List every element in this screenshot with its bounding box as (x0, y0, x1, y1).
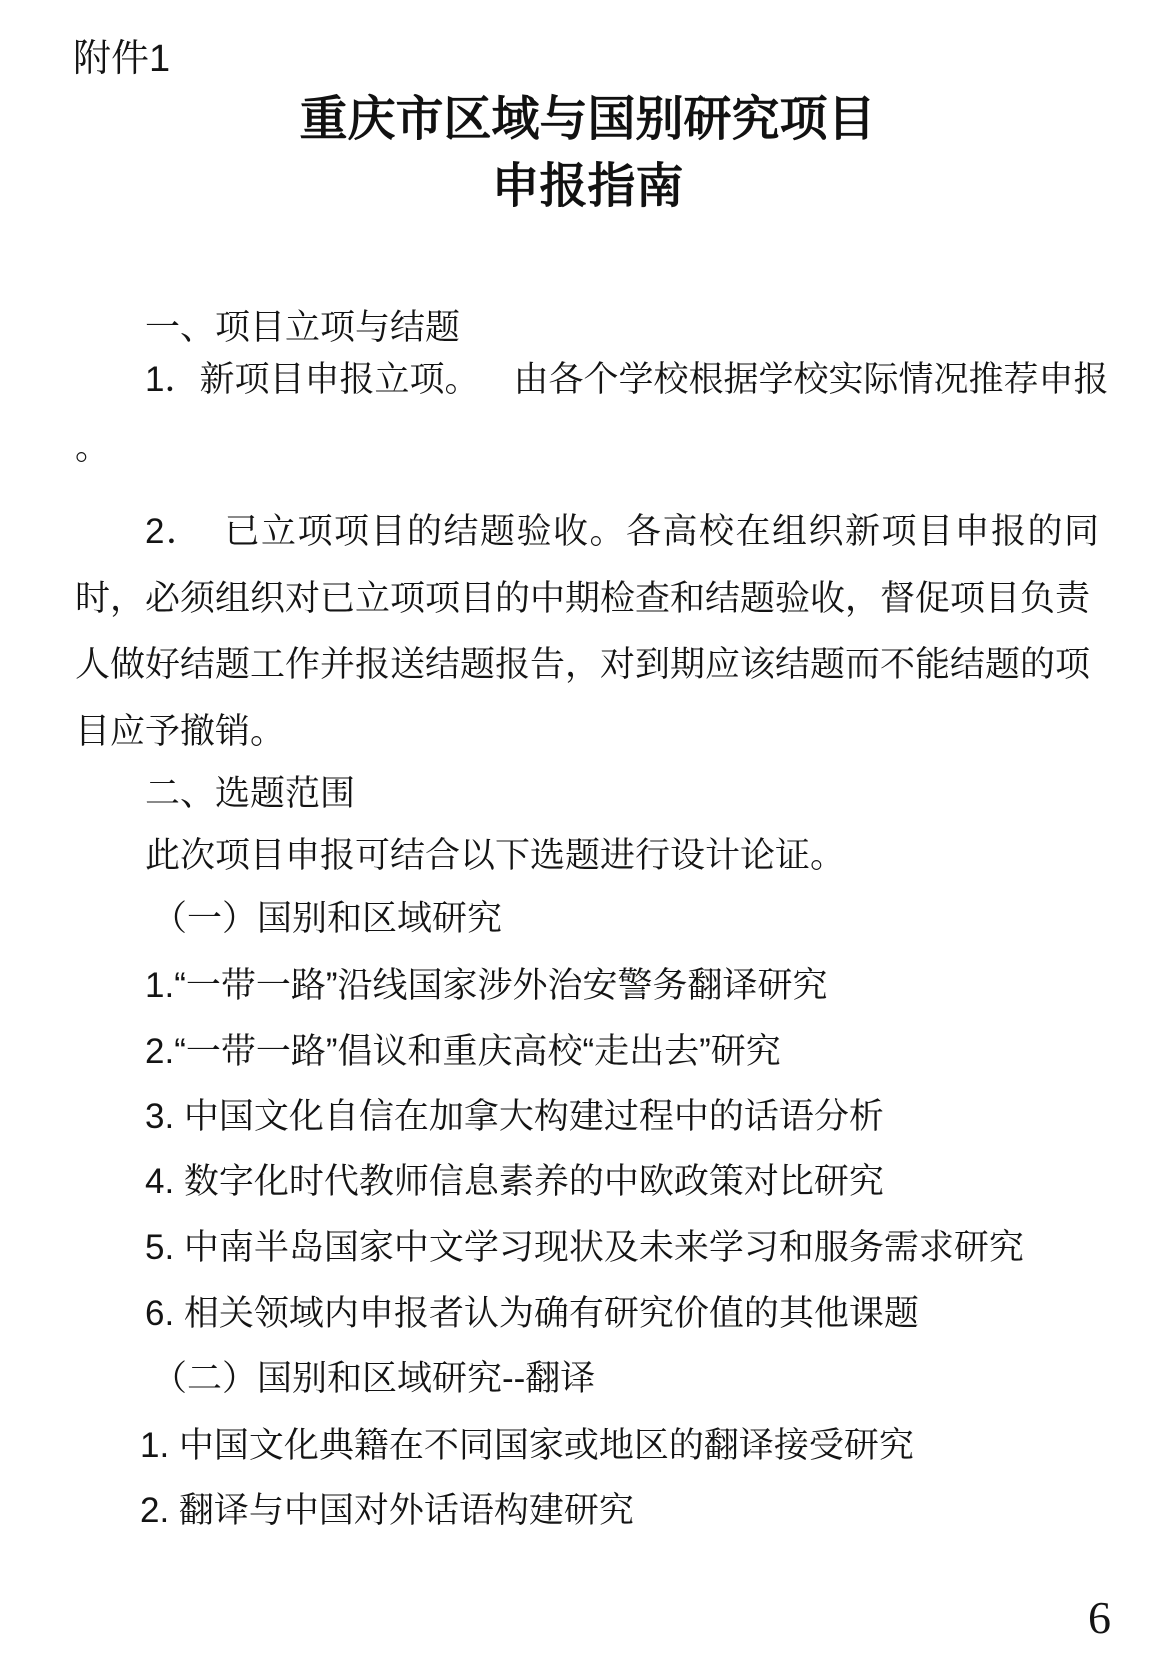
subsection2-heading: （二）国别和区域研究--翻译 (152, 1361, 595, 1396)
para1-wrapped-period: 。 (75, 430, 110, 465)
topic-item: 6. 相关领域内申报者认为确有研究价值的其他课题 (145, 1296, 919, 1331)
section1-para2-line4: 目应予撤销。 (75, 714, 285, 749)
document-title-line2: 申报指南 (75, 163, 1100, 211)
section2-heading: 二、选题范围 (145, 776, 355, 811)
section1-para2-line1: 2．已立项项目的结题验收。各高校在组织新项目申报的同 (145, 514, 1100, 549)
translation-topic-item: 1. 中国文化典籍在不同国家或地区的翻译接受研究 (140, 1428, 914, 1463)
page-number: 6 (1088, 1595, 1111, 1641)
topic-item: 2.“一带一路”倡议和重庆高校“走出去”研究 (145, 1034, 781, 1069)
para2-line1-text: 已立项项目的结题验收。各高校在组织新项目申报的同 (224, 512, 1100, 551)
topic-item: 3. 中国文化自信在加拿大构建过程中的话语分析 (145, 1099, 884, 1134)
document-title-line1: 重庆市区域与国别研究项目 (75, 96, 1100, 144)
topic-item: 5. 中南半岛国家中文学习现状及未来学习和服务需求研究 (145, 1230, 1024, 1265)
section1-para1-line1: 1．新项目申报立项。由各个学校根据学校实际情况推荐申报 (145, 362, 1108, 397)
subsection1-heading: （一）国别和区域研究 (152, 901, 502, 936)
para1-sentence2: 由各个学校根据学校实际情况推荐申报 (513, 360, 1108, 399)
section1-heading: 一、项目立项与结题 (145, 310, 460, 345)
section1-para2-line3: 人做好结题工作并报送结题报告，对到期应该结题而不能结题的项 (75, 647, 1090, 682)
para1-sentence1: 1．新项目申报立项。 (145, 360, 479, 399)
topic-item: 1.“一带一路”沿线国家涉外治安警务翻译研究 (145, 968, 828, 1003)
attachment-label: 附件1 (73, 40, 170, 78)
topic-item: 4. 数字化时代教师信息素养的中欧政策对比研究 (145, 1164, 884, 1199)
section2-intro: 此次项目申报可结合以下选题进行设计论证。 (145, 838, 845, 873)
document-page: 附件1 重庆市区域与国别研究项目 申报指南 一、项目立项与结题 1．新项目申报立… (0, 0, 1159, 1662)
para2-number: 2． (145, 512, 202, 551)
section1-para2-line2: 时，必须组织对已立项项目的中期检查和结题验收，督促项目负责 (75, 581, 1090, 616)
translation-topic-item: 2. 翻译与中国对外话语构建研究 (140, 1493, 634, 1528)
